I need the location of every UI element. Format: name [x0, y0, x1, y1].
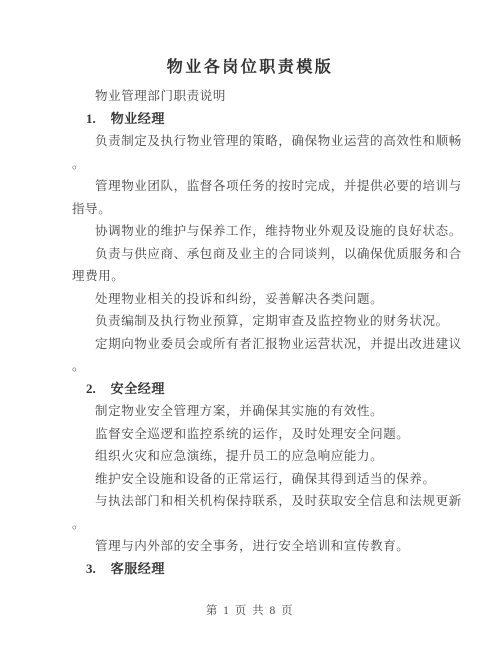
- paragraph-continuation-line: 。: [72, 153, 444, 176]
- section-number: 2.: [86, 378, 96, 401]
- section-number: 1.: [86, 108, 96, 131]
- page-footer: 第 1 页 共 8 页: [0, 600, 500, 622]
- paragraph-line: 负责制定及执行物业管理的策略，确保物业运营的高效性和顺畅: [72, 130, 444, 153]
- paragraph-line: 负责与供应商、承包商及业主的合同谈判，以确保优质服务和合: [72, 243, 444, 266]
- section-heading-2: 2. 安全经理: [72, 378, 444, 401]
- section-label: 客服经理: [111, 561, 165, 576]
- section-label: 物业经理: [111, 111, 165, 126]
- section-heading-3: 3. 客服经理: [72, 558, 444, 581]
- doc-subtitle: 物业管理部门职责说明: [72, 85, 444, 108]
- paragraph-line: 管理物业团队，监督各项任务的按时完成，并提供必要的培训与: [72, 175, 444, 198]
- document-page: 物业各岗位职责模版 物业管理部门职责说明 1. 物业经理 负责制定及执行物业管理…: [0, 0, 500, 647]
- paragraph-continuation-line: 。: [72, 355, 444, 378]
- paragraph-line: 定期向物业委员会或所有者汇报物业运营状况，并提出改进建议: [72, 333, 444, 356]
- paragraph-line: 维护安全设施和设备的正常运行，确保其得到适当的保养。: [72, 468, 444, 491]
- paragraph-line: 处理物业相关的投诉和纠纷，妥善解决各类问题。: [72, 288, 444, 311]
- paragraph-line: 制定物业安全管理方案，并确保其实施的有效性。: [72, 400, 444, 423]
- paragraph-continuation-line: 指导。: [72, 198, 444, 221]
- section-label: 安全经理: [111, 381, 165, 396]
- paragraph-line: 负责编制及执行物业预算，定期审查及监控物业的财务状况。: [72, 310, 444, 333]
- paragraph-continuation-line: 。: [72, 513, 444, 536]
- paragraph-line: 监督安全巡逻和监控系统的运作，及时处理安全问题。: [72, 423, 444, 446]
- paragraph-line: 协调物业的维护与保养工作，维持物业外观及设施的良好状态。: [72, 220, 444, 243]
- paragraph-line: 组织火灾和应急演练，提升员工的应急响应能力。: [72, 445, 444, 468]
- doc-title: 物业各岗位职责模版: [0, 55, 500, 81]
- paragraph-continuation-line: 理费用。: [72, 265, 444, 288]
- section-heading-1: 1. 物业经理: [72, 108, 444, 131]
- paragraph-line: 管理与内外部的安全事务，进行安全培训和宣传教育。: [72, 535, 444, 558]
- paragraph-line: 与执法部门和相关机构保持联系，及时获取安全信息和法规更新: [72, 490, 444, 513]
- section-number: 3.: [86, 558, 96, 581]
